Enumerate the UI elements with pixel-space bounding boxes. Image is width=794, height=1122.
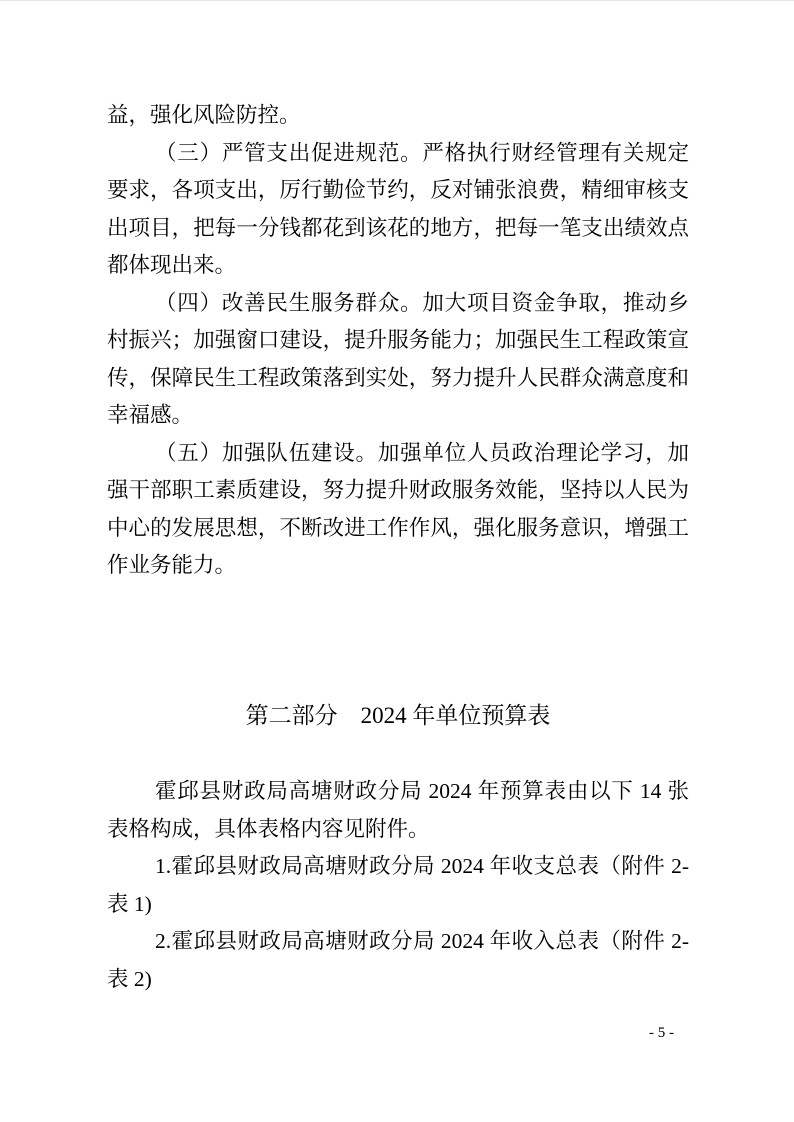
paragraph-continuation: 益，强化风险防控。 <box>107 97 689 135</box>
list-item-table-2: 2.霍邱县财政局高塘财政分局 2024 年收入总表（附件 2-表 2) <box>107 923 689 998</box>
paragraph-item-3: （三）严管支出促进规范。严格执行财经管理有关规定要求，各项支出，厉行勤俭节约，反… <box>107 135 689 285</box>
paragraph-item-5: （五）加强队伍建设。加强单位人员政治理论学习，加强干部职工素质建设，努力提升财政… <box>107 435 689 585</box>
paragraph-item-4: （四）改善民生服务群众。加大项目资金争取，推动乡村振兴；加强窗口建设，提升服务能… <box>107 285 689 435</box>
section-heading: 第二部分 2024 年单位预算表 <box>107 697 689 735</box>
document-page: 益，强化风险防控。 （三）严管支出促进规范。严格执行财经管理有关规定要求，各项支… <box>0 0 794 1122</box>
page-number: - 5 - <box>649 1023 674 1043</box>
paragraph-budget-intro: 霍邱县财政局高塘财政分局 2024 年预算表由以下 14 张表格构成，具体表格内… <box>107 773 689 848</box>
list-item-table-1: 1.霍邱县财政局高塘财政分局 2024 年收支总表（附件 2-表 1) <box>107 848 689 923</box>
